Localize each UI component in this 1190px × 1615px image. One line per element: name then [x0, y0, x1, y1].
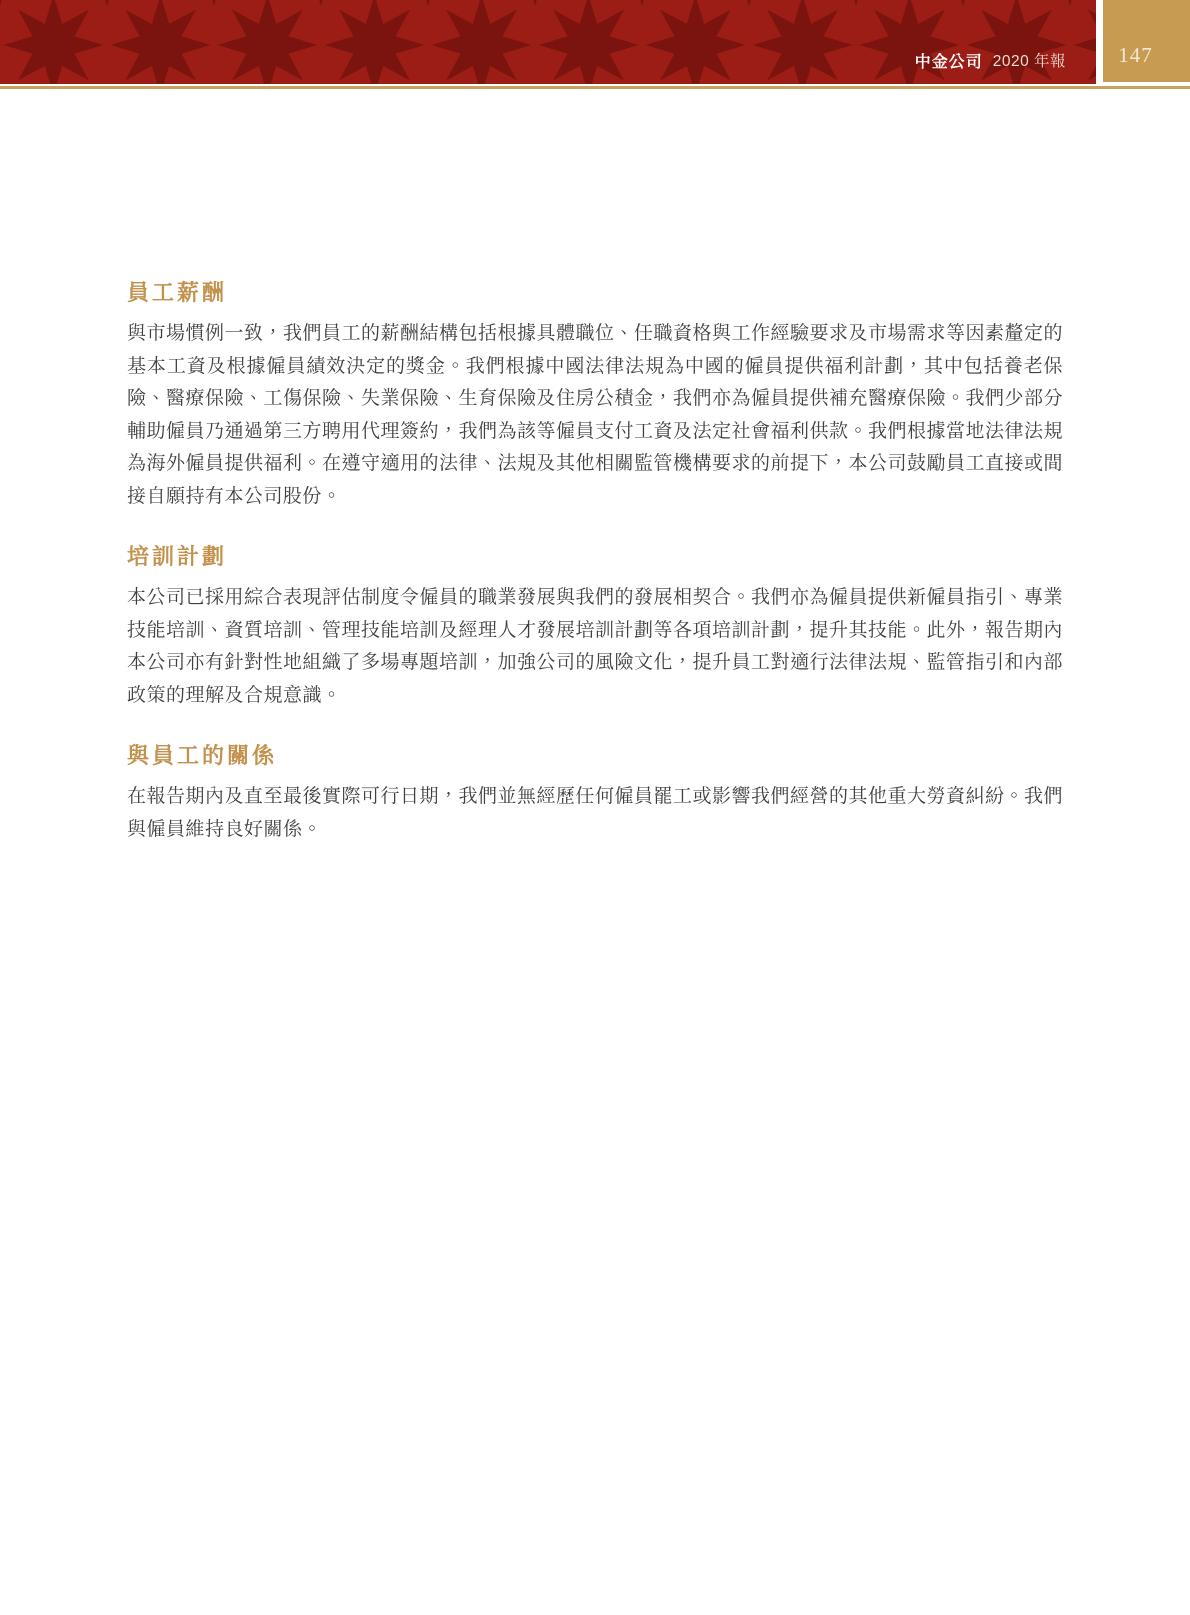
section-employee-relations: 與員工的關係 在報告期內及直至最後實際可行日期，我們並無經歷任何僱員罷工或影響我…	[127, 741, 1063, 846]
section-training-programs: 培訓計劃 本公司已採用綜合表現評估制度令僱員的職業發展與我們的發展相契合。我們亦…	[127, 542, 1063, 712]
company-name: 中金公司	[915, 49, 983, 72]
report-edition: 2020 年報	[993, 49, 1066, 71]
page-number-box: 147	[1103, 0, 1190, 82]
report-page: 中金公司 2020 年報 147 員工薪酬 與市場慣例一致，我們員工的薪酬結構包…	[0, 0, 1190, 1615]
section-employee-compensation: 員工薪酬 與市場慣例一致，我們員工的薪酬結構包括根據具體職位、任職資格與工作經驗…	[127, 89, 1063, 513]
page-number: 147	[1118, 43, 1153, 68]
section-paragraph: 與市場慣例一致，我們員工的薪酬結構包括根據具體職位、任職資格與工作經驗要求及市場…	[127, 318, 1063, 513]
page-content: 員工薪酬 與市場慣例一致，我們員工的薪酬結構包括根據具體職位、任職資格與工作經驗…	[127, 89, 1063, 846]
section-heading: 培訓計劃	[127, 542, 1063, 571]
section-heading: 與員工的關係	[127, 741, 1063, 770]
section-heading: 員工薪酬	[127, 278, 1063, 307]
header-red-band: 中金公司 2020 年報	[0, 0, 1096, 84]
header-title: 中金公司 2020 年報	[915, 0, 1066, 84]
section-paragraph: 本公司已採用綜合表現評估制度令僱員的職業發展與我們的發展相契合。我們亦為僱員提供…	[127, 582, 1063, 712]
section-paragraph: 在報告期內及直至最後實際可行日期，我們並無經歷任何僱員罷工或影響我們經營的其他重…	[127, 781, 1063, 846]
